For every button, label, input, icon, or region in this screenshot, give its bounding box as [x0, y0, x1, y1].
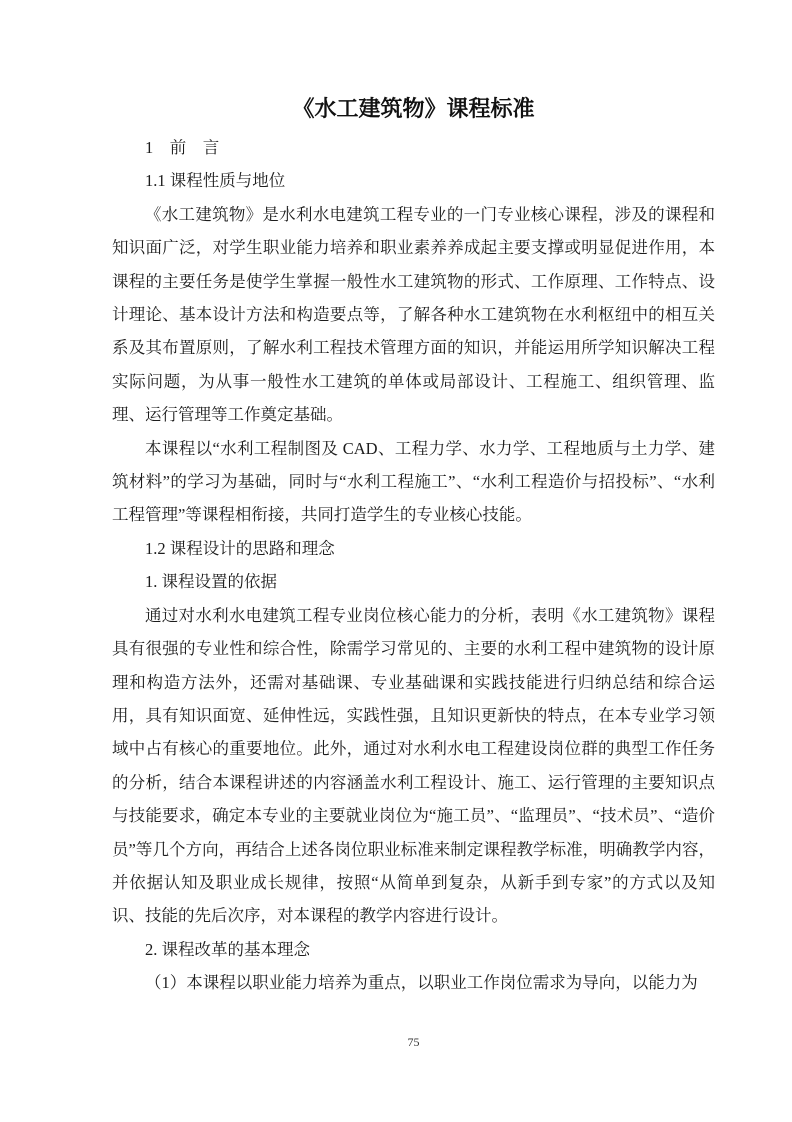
- numbered-heading-course-basis: 1. 课程设置的依据: [112, 565, 715, 598]
- paragraph-course-nature: 《水工建筑物》是水利水电建筑工程专业的一门专业核心课程，涉及的课程和知识面广泛，…: [112, 198, 715, 432]
- subsection-heading-design-ideas: 1.2 课程设计的思路和理念: [112, 532, 715, 565]
- paragraph-course-foundation: 本课程以“水利工程制图及 CAD、工程力学、水力学、工程地质与土力学、建筑材料”…: [112, 432, 715, 532]
- subsection-heading-course-nature: 1.1 课程性质与地位: [112, 164, 715, 197]
- document-title: 《水工建筑物》课程标准: [112, 94, 715, 124]
- page-content: 《水工建筑物》课程标准 1 前 言 1.1 课程性质与地位 《水工建筑物》是水利…: [112, 94, 715, 1000]
- paragraph-reform-point-1: （1）本课程以职业能力培养为重点，以职业工作岗位需求为导向，以能力为: [112, 966, 715, 999]
- paragraph-course-basis: 通过对水利水电建筑工程专业岗位核心能力的分析，表明《水工建筑物》课程具有很强的专…: [112, 599, 715, 933]
- page-number: 75: [112, 1032, 715, 1052]
- document-page: 《水工建筑物》课程标准 1 前 言 1.1 课程性质与地位 《水工建筑物》是水利…: [0, 0, 792, 1122]
- section-heading-foreword: 1 前 言: [112, 131, 715, 164]
- numbered-heading-reform-principles: 2. 课程改革的基本理念: [112, 933, 715, 966]
